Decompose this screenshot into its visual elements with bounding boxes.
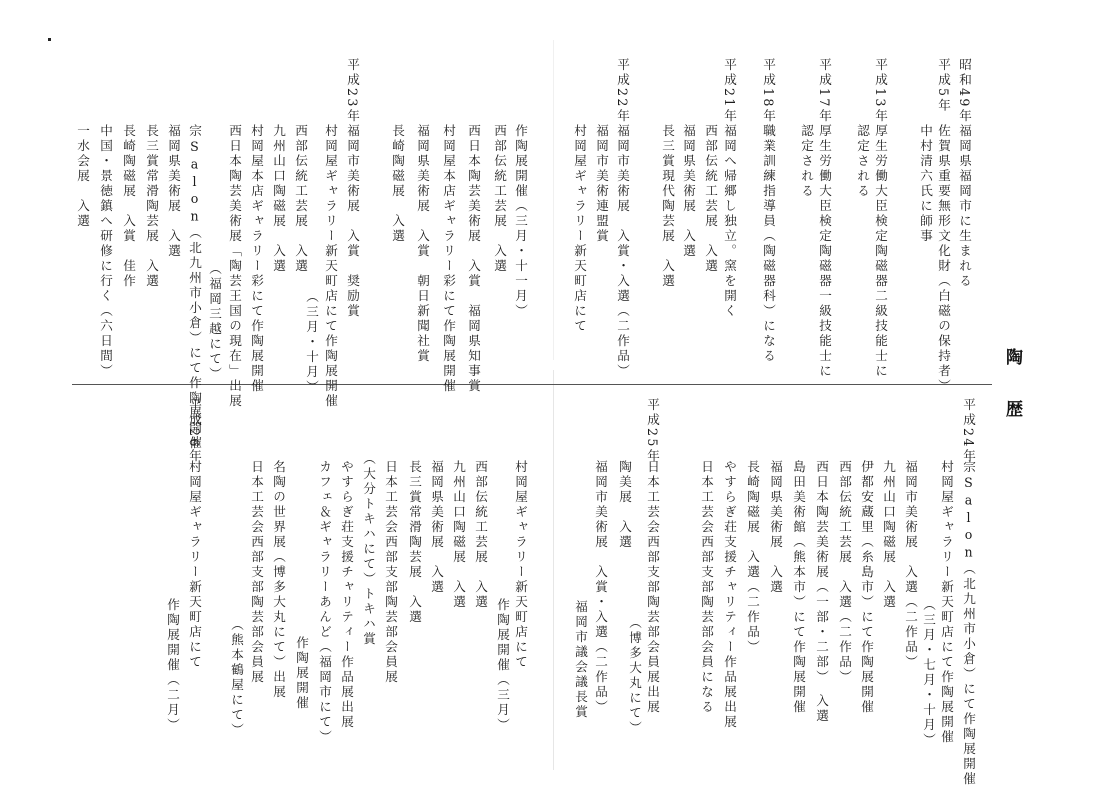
year-label: 平成17年 [816,58,832,124]
year-label: 平成13年 [872,58,888,124]
entry-line: 伊都安蔵里（糸島市）にて作陶展開催 [858,460,874,715]
year-label: 平成23年 [344,58,360,124]
entry-line: 西部伝統工芸展 入選 [491,124,507,274]
year-label: 昭和49年 [956,58,972,124]
entry-line: 九州山口陶磁展 入選 [270,124,286,274]
entry-line: 一水会展 入選 [74,124,90,229]
page-fold-line [553,40,554,360]
entry-line: 日本工芸会西部支部陶芸部会員展 [382,460,398,685]
entry-line: 職業訓練指導員（陶磁器科）になる [760,124,776,364]
entry-line: カフェ＆ギャラリーあんど（福岡市にて） [316,460,332,745]
entry-line: 福岡市美術連盟賞 [593,124,609,244]
entry-line: 厚生労働大臣検定陶磁器一級技能士に [816,124,832,379]
entry-line: （大分トキハにて）トキハ賞 [360,452,376,647]
entry-line: 西部伝統工芸展 入選 [472,460,488,610]
title-char-2: 歴 [1000,400,1025,417]
entry-line: 名陶の世界展（博多大丸にて）出展 [270,460,286,700]
entry-line: 福岡市美術展 入賞・入選（二作品） [592,460,608,715]
section-divider [72,384,992,385]
entry-line: 福岡県福岡市に生まれる [956,124,972,289]
entry-line: 村岡屋ギャラリー新天町店にて作陶展開催 [938,460,954,745]
entry-line: 長崎陶磁展 入選（二作品） [744,460,760,655]
entry-line: 作陶展開催（二月） [164,598,180,733]
entry-line: 福岡県美術展 入賞 朝日新聞社賞 [414,124,430,364]
entry-line: （三月・十月） [303,290,319,395]
entry-line: 西日本陶芸美術展「陶芸王国の現在」出展 [226,124,242,409]
entry-line: 福岡県美術展 入選 [428,460,444,595]
entry-line: 西部伝統工芸展 入選（二作品） [836,460,852,685]
year-label: 平成22年 [614,58,630,124]
entry-line: 日本工芸会西部支部陶芸部会員展 [248,460,264,685]
document-page: 陶 歴 昭和49年 福岡県福岡市に生まれる 平成5年 佐賀県重要無形文化財（白磁… [0,0,1104,807]
entry-line: 福岡へ帰郷し独立。窯を開く [721,124,737,319]
year-label: 平成24年 [960,398,976,464]
entry-line: やすらぎ荘支援チャリティー作品展出展 [721,460,737,730]
page-fold-line [553,370,554,770]
entry-line: 日本工芸会西部支部陶芸部会員展出展 [644,460,660,715]
title-char-1: 陶 [1000,348,1025,365]
entry-line: 作陶展開催（三月） [494,598,510,733]
year-label: 平成25年 [644,398,660,464]
entry-line: 福岡県美術展 入選 [680,124,696,259]
entry-line: 作陶展開催（三月・十一月） [512,124,528,319]
year-label: 平成5年 [935,58,951,113]
entry-line: 中村清六氏に師事 [917,124,933,244]
entry-line: 作陶展開催 [293,636,309,711]
entry-line: 福岡県美術展 入選 [767,460,783,595]
entry-line: 福岡市議会議長賞 [572,600,588,720]
entry-line: 長崎陶磁展 入賞 佳作 [120,124,136,289]
entry-line: 村岡屋ギャラリー新天町店にて [186,460,202,670]
entry-line: 西日本陶芸美術展 入賞 福岡県知事賞 [465,124,481,394]
entry-line: 中国・景徳鎮へ研修に行く（六日間） [97,124,113,379]
entry-line: 佐賀県重要無形文化財（白磁の保持者） [935,124,951,394]
entry-line: 西部伝統工芸展 入選 [292,124,308,274]
entry-line: 西日本陶芸美術展（一部・二部） 入選 [813,460,829,724]
entry-line: 長三賞現代陶芸展 入選 [659,124,675,289]
entry-line: 九州山口陶磁展 入選 [880,460,896,610]
entry-line: 福岡市美術展 入賞 奨励賞 [344,124,360,319]
entry-line: （三月・七月・十月） [920,598,936,748]
entry-line: （福岡三越にて） [206,262,222,382]
entry-line: 長崎陶磁展 入選 [389,124,405,244]
entry-line: 西部伝統工芸展 入選 [702,124,718,274]
entry-line: 宗Salon（北九州市小倉）にて作陶展開催 [960,460,976,787]
entry-line: 日本工芸会西部支部陶芸部会員になる [698,460,714,715]
year-label: 平成18年 [760,58,776,124]
entry-line: 陶美展 入選 [616,460,632,550]
entry-line: 村岡屋ギャラリー新天町店にて [512,460,528,670]
entry-line: 島田美術館（熊本市）にて作陶展開催 [790,460,806,715]
entry-line: 厚生労働大臣検定陶磁器二級技能士に [872,124,888,379]
entry-line: 認定される [854,124,870,199]
entry-line: 村岡屋本店ギャラリー彩にて作陶展開催 [440,124,456,394]
entry-line: 福岡市美術展 入選（二作品） [902,460,918,670]
entry-line: （博多大丸にて） [626,616,642,736]
year-label: 平成21年 [721,58,737,124]
scan-speck [48,38,51,41]
entry-line: 村岡屋ギャラリー新天町店にて [571,124,587,334]
entry-line: やすらぎ荘支援チャリティー作品展出展 [338,460,354,730]
entry-line: （熊本鶴屋にて） [228,618,244,738]
entry-line: 認定される [798,124,814,199]
entry-line: 福岡市美術展 入賞・入選（二作品） [614,124,630,379]
entry-line: 長三賞常滑陶芸展 入選 [406,460,422,625]
entry-line: 村岡屋本店ギャラリー彩にて作陶展開催 [248,124,264,394]
entry-line: 村岡屋ギャラリー新天町店にて作陶展開催 [322,124,338,409]
entry-line: 九州山口陶磁展 入選 [450,460,466,610]
entry-line: 長三賞常滑陶芸展 入選 [143,124,159,289]
year-label: 平成26年 [186,398,202,464]
entry-line: 福岡県美術展 入選 [165,124,181,259]
